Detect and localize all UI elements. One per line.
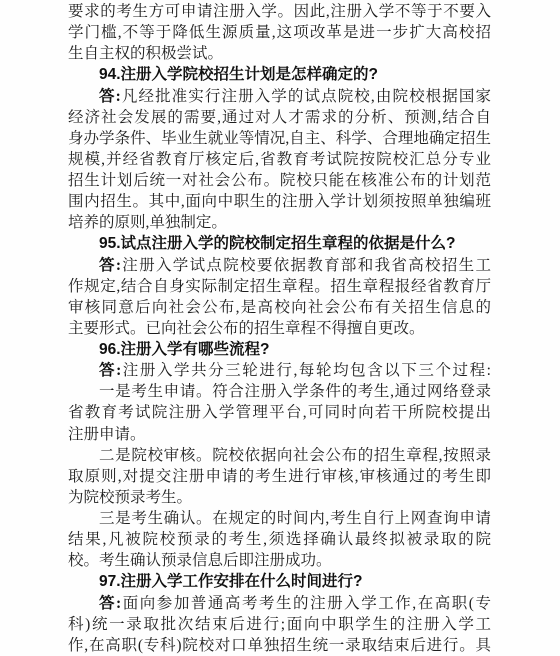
text-line: 校。考生确认预录信息后即注册成功。: [68, 550, 491, 571]
answer-label: 答:: [99, 595, 121, 612]
answer-label: 答:: [99, 257, 121, 274]
text-line: 二是院校审核。院校依据向社会公布的招生章程,按照录: [68, 445, 491, 466]
text-line: 答:面向参加普通高考考生的注册入学工作,在高职(专: [68, 593, 491, 614]
text-line: 为院校预录考生。: [68, 487, 491, 508]
text-line: 审核同意后向社会公布,是高校向社会公布有关招生信息的: [68, 297, 491, 318]
text-line: 省教育考试院注册入学管理平台,可同时向若干所院校提出: [68, 402, 491, 423]
question-heading-95: 95.试点注册入学的院校制定招生章程的依据是什么?: [68, 233, 491, 254]
text-line: 生自主权的积极尝试。: [68, 43, 491, 64]
text-line: 答:注册入学试点院校要依据教育部和我省高校招生工: [68, 255, 491, 276]
text-line: 要求的考生方可申请注册入学。因此,注册入学不等于不要入: [68, 1, 491, 22]
document-page: 要求的考生方可申请注册入学。因此,注册入学不等于不要入 学门槛,不等于降低生源质…: [68, 1, 491, 656]
answer-text: 凡经批准实行注册入学的试点院校,由院校根据国家: [121, 88, 491, 105]
answer-text: 注册入学共分三轮进行,每轮均包含以下三个过程:: [121, 362, 491, 379]
text-line: 学门槛,不等于降低生源质量,这项改革是进一步扩大高校招: [68, 22, 491, 43]
text-line: 培养的原则,单独制定。: [68, 212, 491, 233]
text-line: 规模,并经省教育厅核定后,省教育考试院按院校汇总分专业: [68, 149, 491, 170]
text-line: 围内招生。其中,面向中职生的注册入学计划须按照单独编班: [68, 191, 491, 212]
text-line: 招生计划后统一对社会公布。院校只能在核准公布的计划范: [68, 170, 491, 191]
text-line: 作,在高职(专科)院校对口单独招生统一录取结束后进行。具: [68, 635, 491, 656]
answer-label: 答:: [99, 88, 121, 105]
text-line: 结果,凡被院校预录的考生,须选择确认最终拟被录取的院: [68, 529, 491, 550]
answer-text: 面向参加普通高考考生的注册入学工作,在高职(专: [121, 595, 491, 612]
text-line: 答:凡经批准实行注册入学的试点院校,由院校根据国家: [68, 86, 491, 107]
text-line: 取原则,对提交注册申请的考生进行审核,审核通过的考生即: [68, 466, 491, 487]
text-line: 三是考生确认。在规定的时间内,考生自行上网查询申请: [68, 508, 491, 529]
answer-label: 答:: [99, 362, 121, 379]
question-heading-97: 97.注册入学工作安排在什么时间进行?: [68, 571, 491, 592]
text-line: 作规定,结合自身实际制定招生章程。招生章程报经省教育厅: [68, 276, 491, 297]
text-line: 主要形式。已向社会公布的招生章程不得擅自更改。: [68, 318, 491, 339]
text-line: 一是考生申请。符合注册入学条件的考生,通过网络登录: [68, 381, 491, 402]
text-line: 身办学条件、毕业生就业等情况,自主、科学、合理地确定招生: [68, 128, 491, 149]
question-heading-96: 96.注册入学有哪些流程?: [68, 339, 491, 360]
text-line: 经济社会发展的需要,通过对人才需求的分析、预测,结合自: [68, 107, 491, 128]
answer-text: 注册入学试点院校要依据教育部和我省高校招生工: [121, 257, 491, 274]
text-line: 科)统一录取批次结束后进行;面向中职学生的注册入学工: [68, 614, 491, 635]
text-line: 答:注册入学共分三轮进行,每轮均包含以下三个过程:: [68, 360, 491, 381]
text-line: 注册申请。: [68, 424, 491, 445]
question-heading-94: 94.注册入学院校招生计划是怎样确定的?: [68, 64, 491, 85]
